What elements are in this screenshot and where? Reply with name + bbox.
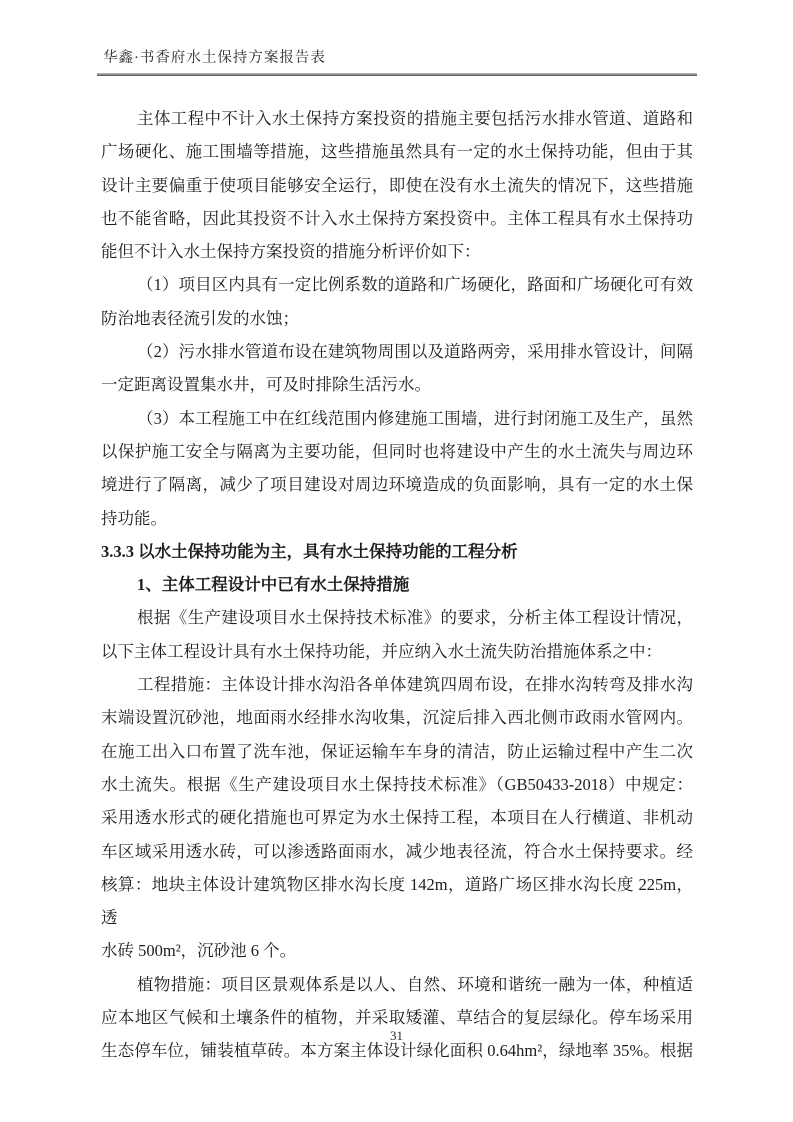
section-heading-3-3-3: 3.3.3 以水土保持功能为主，具有水土保持功能的工程分析 [101, 535, 693, 568]
paragraph-line: 车区域采用透水砖，可以渗透路面雨水，减少地表径流，符合水土保持要求。经 [101, 835, 693, 868]
paragraph-line: 末端设置沉砂池，地面雨水经排水沟收集，沉淀后排入西北侧市政雨水管网内。 [101, 701, 693, 734]
document-page: 华鑫·书香府水土保持方案报告表 主体工程中不计入水土保持方案投资的措施主要包括污… [0, 0, 793, 1122]
paragraph-line: 以保护施工安全与隔离为主要功能，但同时也将建设中产生的水土流失与周边环 [101, 435, 693, 468]
page-body: 主体工程中不计入水土保持方案投资的措施主要包括污水排水管道、道路和 广场硬化、施… [101, 102, 693, 1068]
paragraph-line: 植物措施：项目区景观体系是以人、自然、环境和谐统一融为一体，种植适 [101, 968, 693, 1001]
subsection-heading-1: 1、主体工程设计中已有水土保持措施 [101, 568, 693, 601]
paragraph-line: 主体工程中不计入水土保持方案投资的措施主要包括污水排水管道、道路和 [101, 102, 693, 135]
paragraph-line: 核算：地块主体设计建筑物区排水沟长度 142m，道路广场区排水沟长度 225m，… [101, 868, 693, 935]
paragraph-line: 防治地表径流引发的水蚀； [101, 302, 693, 335]
paragraph-line: （3）本工程施工中在红线范围内修建施工围墙，进行封闭施工及生产，虽然 [101, 402, 693, 435]
paragraph-line: 持功能。 [101, 502, 693, 535]
paragraph-line: 一定距离设置集水井，可及时排除生活污水。 [101, 368, 693, 401]
paragraph-line: （1）项目区内具有一定比例系数的道路和广场硬化，路面和广场硬化可有效 [101, 268, 693, 301]
paragraph-line: 根据《生产建设项目水土保持技术标准》的要求，分析主体工程设计情况， [101, 601, 693, 634]
paragraph-line: 以下主体工程设计具有水土保持功能，并应纳入水土流失防治措施体系之中： [101, 635, 693, 668]
paragraph-line: 在施工出入口布置了洗车池，保证运输车车身的清洁，防止运输过程中产生二次 [101, 735, 693, 768]
paragraph-line: 广场硬化、施工围墙等措施，这些措施虽然具有一定的水土保持功能，但由于其 [101, 135, 693, 168]
paragraph-line: 设计主要偏重于使项目能够安全运行，即使在没有水土流失的情况下，这些措施 [101, 169, 693, 202]
header-rule [97, 73, 697, 76]
report-header-title: 华鑫·书香府水土保持方案报告表 [103, 48, 326, 68]
paragraph-line: 也不能省略，因此其投资不计入水土保持方案投资中。主体工程具有水土保持功 [101, 202, 693, 235]
paragraph-line: （2）污水排水管道布设在建筑物周围以及道路两旁，采用排水管设计，间隔 [101, 335, 693, 368]
paragraph-line: 工程措施：主体设计排水沟沿各单体建筑四周布设，在排水沟转弯及排水沟 [101, 668, 693, 701]
paragraph-line: 水土流失。根据《生产建设项目水土保持技术标准》（GB50433-2018）中规定… [101, 768, 693, 801]
paragraph-line: 水砖 500m²，沉砂池 6 个。 [101, 934, 693, 967]
page-number: 31 [0, 1028, 793, 1044]
paragraph-line: 能但不计入水土保持方案投资的措施分析评价如下： [101, 235, 693, 268]
paragraph-line: 境进行了隔离，减少了项目建设对周边环境造成的负面影响，具有一定的水土保 [101, 468, 693, 501]
paragraph-line: 采用透水形式的硬化措施也可界定为水土保持工程，本项目在人行横道、非机动 [101, 801, 693, 834]
